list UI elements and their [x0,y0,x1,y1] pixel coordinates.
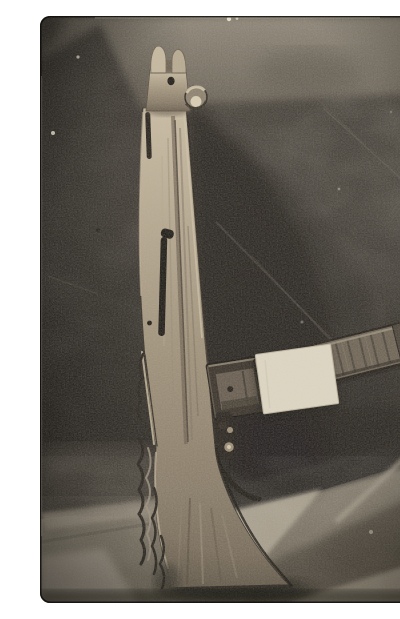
evidence-photograph [40,16,400,603]
vignette [40,16,400,603]
photo-canvas [40,16,400,603]
photo-frame [40,16,400,603]
